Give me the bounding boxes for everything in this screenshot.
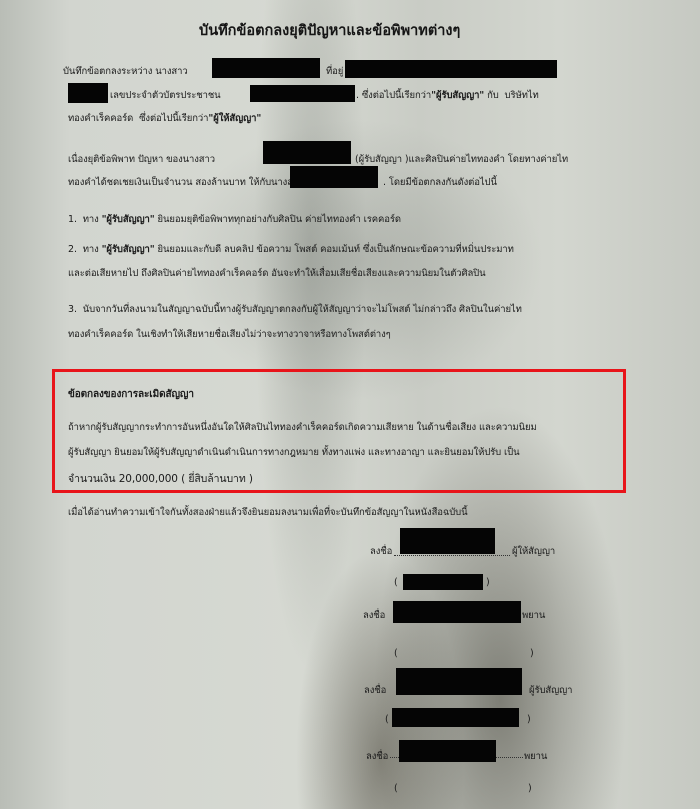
redacted-name-block: [290, 166, 378, 188]
company-name-start: บริษัทไท: [505, 90, 539, 101]
signature-role: ผู้ให้สัญญา: [512, 544, 555, 559]
paren-open: (: [394, 648, 398, 659]
document-title: บันทึกข้อตกลงยุติปัญหาและข้อพิพาทต่างๆ: [199, 19, 460, 42]
redacted-name-block: [263, 141, 351, 164]
breach-amount-line: จำนวนเงิน 20,000,000 ( ยี่สิบล้านบาท ): [68, 470, 253, 487]
redacted-signature: [400, 528, 495, 554]
intro-id-label: เลขประจำตัวบัตรประชาชน: [110, 88, 221, 103]
redacted-signature: [399, 740, 496, 762]
closing-statement: เมื่อได้อ่านทำความเข้าใจกันทั้งสองฝ่ายแล…: [68, 505, 468, 520]
paren-close: ): [528, 783, 532, 794]
signature-role: ผู้รับสัญญา: [529, 683, 572, 698]
clause-number: 2.: [68, 244, 77, 255]
sign-label: ลงชื่อ: [364, 683, 386, 698]
redacted-address-block: [345, 60, 557, 78]
paren-open: (: [385, 714, 389, 725]
party-b-term: "ผู้ให้สัญญา": [208, 113, 261, 124]
clause-3-line1: 3. นับจากวันที่ลงนามในสัญญาฉบับนี้ทางผู้…: [68, 302, 522, 317]
intro-line3-suffix: ซึ่งต่อไปนี้เรียกว่า: [139, 113, 208, 124]
breach-line: ผู้รับสัญญา ยินยอมให้ผู้รับสัญญาดำเนินดำ…: [68, 445, 519, 460]
redacted-printed-name: [403, 574, 483, 590]
clause-2-line2: และต่อเสียหายไป ถึงศิลปินค่ายไททองคำเร็ค…: [68, 266, 486, 281]
breach-line: ถ้าหากผู้รับสัญญากระทำการอันหนึ่งอันใดให…: [68, 420, 537, 435]
intro-address-label: ที่อยู่: [326, 64, 343, 79]
breach-heading: ข้อตกลงของการละเมิดสัญญา: [68, 387, 194, 402]
redacted-id-block: [250, 85, 355, 102]
party-a-term: "ผู้รับสัญญา": [102, 214, 155, 225]
clause-text: นับจากวันที่ลงนามในสัญญาฉบับนี้ทางผู้รับ…: [83, 304, 522, 315]
company-name-end: ทองคำเร็คคอร์ด: [68, 113, 133, 124]
intro-line1-prefix: บันทึกข้อตกลงระหว่าง นางสาว: [63, 64, 188, 79]
redacted-printed-name: [392, 708, 519, 727]
paren-close: ): [530, 648, 534, 659]
party-a-term: "ผู้รับสัญญา": [431, 90, 484, 101]
paren-close: ): [527, 714, 531, 725]
intro-line2-suffix: . ซึ่งต่อไปนี้เรียกว่า"ผู้รับสัญญา" กับ …: [356, 88, 539, 103]
clause-text: ยินยอมและกับดี ลบคลิป ข้อความ โพสต์ คอมเ…: [158, 244, 514, 255]
clause-number: 3.: [68, 304, 77, 315]
paren-open: (: [394, 577, 398, 588]
intro-line3: ทองคำเร็คคอร์ด ซึ่งต่อไปนี้เรียกว่า"ผู้ใ…: [68, 111, 261, 126]
document-photo: บันทึกข้อตกลงยุติปัญหาและข้อพิพาทต่างๆ บ…: [0, 0, 700, 809]
clause-number: 1.: [68, 214, 77, 225]
clause-prefix: ทาง: [83, 214, 99, 225]
paren-close: ): [486, 577, 490, 588]
signature-role: พยาน: [522, 608, 545, 623]
clause-3-line2: ทองคำเร็คคอร์ด ในเชิงทำให้เสียหายชื่อเสี…: [68, 327, 391, 342]
redacted-address-block: [68, 83, 108, 103]
clause-1-line: 1. ทาง "ผู้รับสัญญา" ยินยอมยุติข้อพิพาทท…: [68, 212, 401, 227]
clause-text: ยินยอมยุติข้อพิพาททุกอย่างกับศิลปิน ค่าย…: [158, 214, 401, 225]
clause-2-line1: 2. ทาง "ผู้รับสัญญา" ยินยอมและกับดี ลบคล…: [68, 242, 514, 257]
background-line1-prefix: เนื่องยุติข้อพิพาท ปัญหา ของนางสาว: [68, 152, 215, 167]
with-label: กับ: [487, 90, 499, 101]
redacted-signature: [393, 601, 521, 623]
paren-open: (: [394, 783, 398, 794]
background-line2-suffix: . โดยมีข้อตกลงกันดังต่อไปนี้: [383, 175, 497, 190]
intro-line2-suffix-text: . ซึ่งต่อไปนี้เรียกว่า: [356, 90, 431, 101]
background-line2-prefix: ทองคำได้ชดเชยเงินเป็นจำนวน สองล้านบาท ให…: [68, 175, 303, 190]
signature-role: พยาน: [524, 749, 547, 764]
party-a-term: "ผู้รับสัญญา": [102, 244, 155, 255]
sign-label: ลงชื่อ: [366, 749, 388, 764]
background-line1-suffix: (ผู้รับสัญญา )และศิลปินค่ายไททองคำ โดยทา…: [355, 152, 568, 167]
sign-label: ลงชื่อ: [363, 608, 385, 623]
clause-prefix: ทาง: [83, 244, 99, 255]
redacted-signature: [396, 668, 522, 695]
signature-line: [394, 555, 510, 556]
redacted-name-block: [212, 58, 320, 78]
sign-label: ลงชื่อ: [370, 544, 392, 559]
